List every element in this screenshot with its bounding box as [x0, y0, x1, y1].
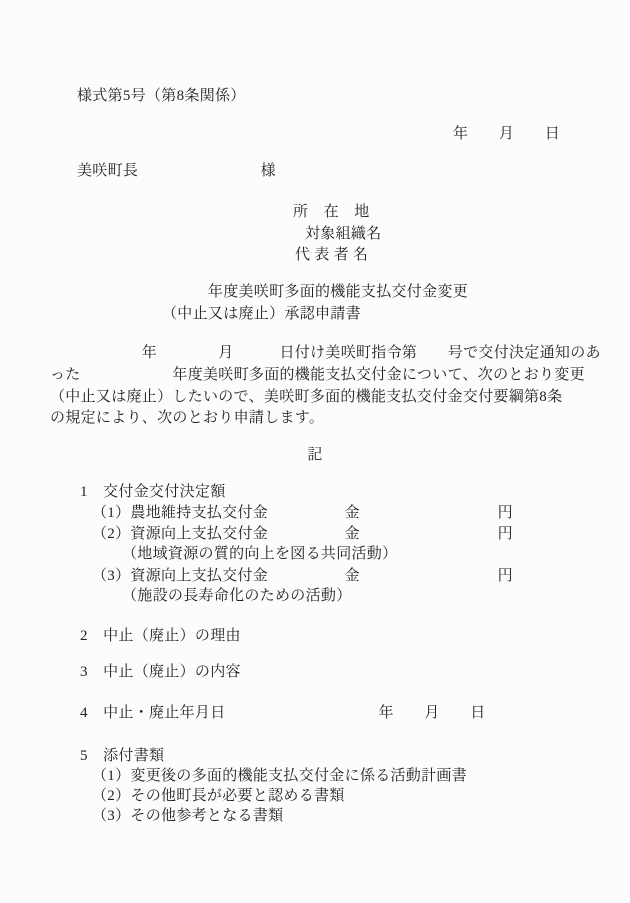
- item1-label: 1 交付金交付決定額: [80, 484, 226, 501]
- item5-row2-mayor-doc: （2）その他町長が必要と認める書類: [92, 788, 345, 805]
- body-paragraph-line1: 年 月 日付け美咲町指令第 号で交付決定通知のあ: [50, 345, 601, 362]
- item5-label: 5 添付書類: [80, 748, 164, 765]
- doc-title-line1: 年度美咲町多面的機能支払交付金変更: [162, 284, 468, 301]
- item1-row3-resource: （3）資源向上支払交付金 金 円: [92, 568, 513, 585]
- document-page: 様式第5号（第8条関係） 年 月 日 美咲町長 様 所 在 地 対象組織名 代 …: [0, 0, 630, 903]
- body-paragraph-line3: （中止又は廃止）したいので、美咲町多面的機能支払交付金交付要綱第8条: [50, 389, 562, 406]
- item5-row3-ref-doc: （3）その他参考となる書類: [92, 808, 283, 825]
- item3-label: 3 中止（廃止）の内容: [80, 664, 241, 681]
- item1-row2-resource: （2）資源向上支払交付金 金 円: [92, 526, 513, 543]
- doc-title-line2: （中止又は廃止）承認申請書: [162, 306, 361, 323]
- body-paragraph-line2: った 年度美咲町多面的機能支払交付金について、次のとおり変更: [50, 367, 585, 384]
- body-paragraph-line4: の規定により、次のとおり申請します。: [50, 410, 324, 427]
- item4-label: 4 中止・廃止年月日 年 月 日: [80, 705, 486, 722]
- item1-row1-farmland: （1）農地維持支払交付金 金 円: [92, 505, 513, 522]
- item2-label: 2 中止（廃止）の理由: [80, 628, 241, 645]
- item1-row3-note: （施設の長寿命化のための活動）: [122, 588, 352, 605]
- addressee-line: 美咲町長 様: [77, 163, 276, 180]
- ki-heading: 記: [0, 447, 630, 464]
- item5-row1-plan-doc: （1）変更後の多面的機能支払交付金に係る活動計画書: [92, 768, 467, 785]
- item1-row2-note: （地域資源の質的向上を図る共同活動）: [122, 546, 397, 563]
- applicant-location-label: 所 在 地: [293, 204, 370, 221]
- applicant-org-label: 対象組織名: [305, 226, 382, 243]
- applicant-rep-label: 代 表 者 名: [295, 247, 368, 264]
- date-blank-line: 年 月 日: [453, 126, 560, 143]
- form-number: 様式第5号（第8条関係）: [77, 88, 246, 105]
